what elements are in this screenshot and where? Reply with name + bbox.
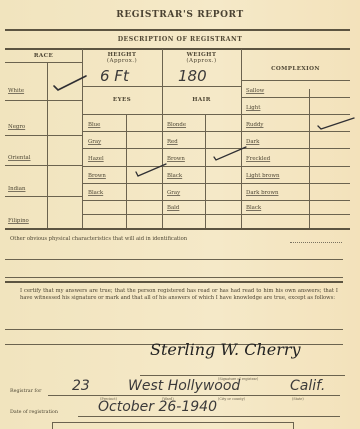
height-weight-rule bbox=[82, 86, 241, 87]
header-hair: HAIR bbox=[162, 97, 241, 103]
bottom-box bbox=[52, 422, 294, 429]
complexion-rule-1 bbox=[241, 97, 350, 98]
form-title: REGISTRAR'S REPORT bbox=[0, 10, 360, 20]
hair-option-blonde[interactable]: Blonde bbox=[167, 122, 186, 128]
hair-option-black[interactable]: Black bbox=[167, 173, 182, 179]
registrar-signature: Sterling W. Cherry bbox=[150, 340, 301, 359]
header-race: RACE bbox=[5, 53, 82, 59]
registrar-city: West Hollywood bbox=[128, 378, 240, 394]
certification-text: I certify that my answers are true; that… bbox=[20, 288, 338, 301]
divider-race-check bbox=[47, 62, 48, 229]
complexion-option-light-brown[interactable]: Light brown bbox=[246, 173, 279, 179]
divider-complexion-check bbox=[309, 89, 310, 229]
caption-city: (City or county) bbox=[218, 397, 245, 401]
other-characteristics-line-2[interactable] bbox=[5, 277, 343, 278]
registrar-state: Calif. bbox=[290, 378, 325, 394]
hair-option-red[interactable]: Red bbox=[167, 139, 178, 145]
complexion-rule-4 bbox=[241, 148, 350, 149]
complexion-option-dark-brown[interactable]: Dark brown bbox=[246, 190, 278, 196]
complexion-rule-6 bbox=[241, 183, 350, 184]
header-eyes: EYES bbox=[82, 97, 162, 103]
complexion-option-dark[interactable]: Dark bbox=[246, 139, 259, 145]
registration-card: REGISTRAR'S REPORT DESCRIPTION OF REGIST… bbox=[0, 0, 360, 429]
eyes-hair-rule-5 bbox=[82, 200, 241, 201]
eyes-hair-header-rule bbox=[82, 114, 241, 115]
race-rule-1 bbox=[5, 100, 82, 101]
check-mark-icon-hair-brown bbox=[212, 146, 248, 162]
exceptions-line-1[interactable] bbox=[5, 329, 343, 330]
other-characteristics-field[interactable] bbox=[290, 242, 342, 243]
check-mark-icon-complexion-ruddy bbox=[316, 116, 356, 132]
complexion-header-rule bbox=[241, 80, 350, 81]
registrar-for-label: Registrar for bbox=[10, 389, 41, 394]
date-line bbox=[78, 416, 340, 417]
certification-top-rule bbox=[5, 281, 343, 283]
complexion-rule-7 bbox=[241, 200, 350, 201]
divider-weight-complexion bbox=[241, 49, 242, 229]
race-option-negro[interactable]: Negro bbox=[8, 124, 25, 130]
complexion-rule-8 bbox=[241, 214, 350, 215]
date-of-registration-value: October 26-1940 bbox=[98, 399, 217, 415]
table-bottom-rule bbox=[5, 228, 350, 230]
complexion-option-freckled[interactable]: Freckled bbox=[246, 156, 270, 162]
race-option-white[interactable]: White bbox=[8, 88, 24, 94]
eyes-hair-rule-1 bbox=[82, 131, 241, 132]
other-characteristics-line-1[interactable] bbox=[5, 259, 343, 260]
weight-value: 180 bbox=[178, 67, 207, 85]
date-of-registration-label: Date of registration bbox=[10, 410, 58, 415]
hair-option-gray[interactable]: Gray bbox=[167, 190, 180, 196]
height-value: 6 Ft bbox=[100, 67, 129, 85]
race-header-rule bbox=[5, 62, 82, 63]
other-characteristics-label: Other obvious physical characteristics t… bbox=[10, 236, 187, 242]
divider-eyes-check bbox=[126, 115, 127, 229]
eyes-hair-rule-6 bbox=[82, 214, 241, 215]
eyes-option-blue[interactable]: Blue bbox=[88, 122, 100, 128]
complexion-option-sallow[interactable]: Sallow bbox=[246, 88, 264, 94]
complexion-option-black[interactable]: Black bbox=[246, 205, 261, 211]
hair-option-bald[interactable]: Bald bbox=[167, 205, 179, 211]
signature-line bbox=[140, 375, 345, 376]
race-rule-2 bbox=[5, 135, 82, 136]
race-option-filipino[interactable]: Filipino bbox=[8, 218, 29, 224]
check-mark-icon-race-white bbox=[50, 72, 90, 92]
complexion-rule-5 bbox=[241, 166, 350, 167]
check-mark-icon-eyes-brown bbox=[132, 162, 168, 178]
eyes-option-brown[interactable]: Brown bbox=[88, 173, 106, 179]
table-top-rule bbox=[5, 48, 350, 50]
header-height-sub: (Approx.) bbox=[82, 58, 162, 64]
hair-option-brown[interactable]: Brown bbox=[167, 156, 185, 162]
eyes-option-gray[interactable]: Gray bbox=[88, 139, 101, 145]
eyes-option-hazel[interactable]: Hazel bbox=[88, 156, 104, 162]
divider-height-weight bbox=[162, 49, 163, 229]
race-rule-3 bbox=[5, 165, 82, 166]
caption-state: (State) bbox=[292, 397, 304, 401]
title-rule bbox=[5, 29, 350, 31]
eyes-hair-rule-4 bbox=[82, 183, 241, 184]
header-weight-sub: (Approx.) bbox=[162, 58, 241, 64]
race-option-oriental[interactable]: Oriental bbox=[8, 155, 31, 161]
header-complexion: COMPLEXION bbox=[241, 66, 350, 72]
complexion-rule-2 bbox=[241, 114, 350, 115]
form-subtitle: DESCRIPTION OF REGISTRANT bbox=[0, 36, 360, 43]
complexion-option-light[interactable]: Light bbox=[246, 105, 260, 111]
divider-hair-check bbox=[205, 115, 206, 229]
eyes-option-black[interactable]: Black bbox=[88, 190, 103, 196]
registrar-precinct: 23 bbox=[72, 378, 90, 394]
complexion-option-ruddy[interactable]: Ruddy bbox=[246, 122, 263, 128]
race-option-indian[interactable]: Indian bbox=[8, 186, 25, 192]
registrar-for-line bbox=[48, 395, 340, 396]
race-rule-4 bbox=[5, 196, 82, 197]
